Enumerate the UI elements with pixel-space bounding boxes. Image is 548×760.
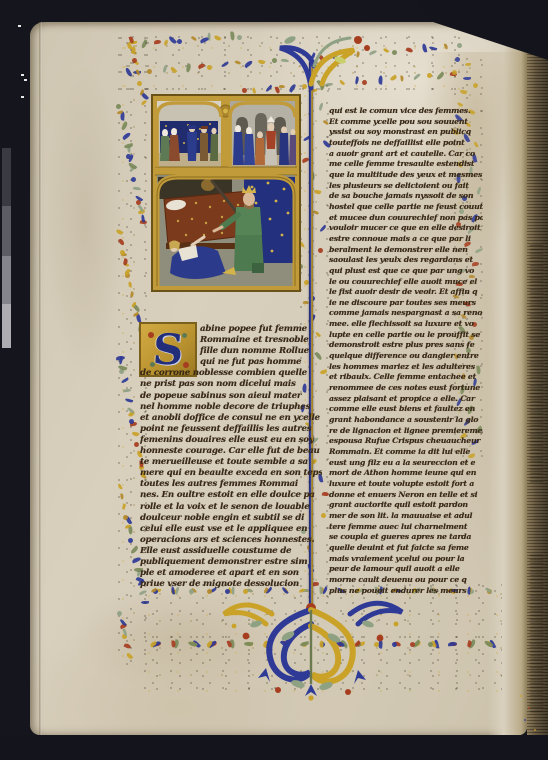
border-flower [115, 103, 121, 109]
text-line: rolle et la voix et le senon de louable [140, 502, 322, 513]
water-stain [45, 62, 125, 382]
border-leaf [463, 77, 471, 80]
text-line: comme jamais nespargnast a sa reno [329, 308, 483, 319]
text-line: touteffois ne deffaillist elle point [329, 138, 483, 149]
text-line: me celle femme tresaulte estendist [329, 159, 483, 170]
showthrough-text [530, 552, 543, 712]
border-leaf [128, 281, 132, 287]
registration-tick [24, 79, 27, 81]
border-flower [116, 610, 123, 617]
text-line: lupte en celle partie ou le prouffit se [329, 330, 483, 341]
border-flower [127, 537, 133, 543]
text-line: de corrone noblesse combien quelle [140, 368, 322, 379]
miniature-art [152, 95, 300, 291]
text-line: te merueilleuse et toute semble a sa [140, 457, 322, 468]
text-line: que la multitude des yeux et mesmes [329, 170, 483, 181]
border-leaf [141, 214, 145, 222]
border-leaf [235, 60, 242, 65]
border-leaf [318, 102, 324, 111]
text-line: fille dun nomme Rollue [140, 346, 322, 357]
text-line: quelle deuint et fut faicte sa feme [329, 543, 483, 554]
text-line: luxure et toute volupte estoit fort a [329, 479, 483, 490]
text-line: les plusieurs se delictoient ou fait [329, 181, 483, 192]
border-leaf [136, 69, 141, 76]
text-line: grant habondance a soustenir la glo [329, 415, 483, 426]
border-leaf [121, 377, 129, 384]
border-flower [137, 81, 142, 86]
text-line: et ribaulx. Celle femme entachee et [329, 372, 483, 383]
text-line: yssist ou soy monstrast en publicq [329, 127, 483, 138]
border-flower [426, 72, 432, 78]
calibration-strip [2, 148, 11, 348]
border-flower [133, 441, 140, 448]
border-leaf [460, 89, 468, 95]
border-flower [317, 247, 324, 254]
border-leaf [319, 225, 327, 233]
text-line: toutes les autres femmes Rommai [140, 479, 322, 490]
text-line: publiquement demonstrer estre sim [140, 557, 322, 568]
border-leaf [131, 46, 136, 53]
text-line: femenins douaires elle eust eu en soy [140, 435, 322, 446]
bottom-flourish [210, 580, 440, 702]
border-leaf [141, 100, 148, 106]
text-column-right: qui est le comun vice des femmes.Et comm… [329, 106, 483, 606]
text-line: donne et enuers Neron en telle et si [329, 490, 483, 501]
backdrop-bottom [0, 735, 548, 760]
border-leaf [120, 493, 123, 499]
text-line: demonstroit estre plus pres sans fe [329, 340, 483, 351]
text-line: de popeue sabinus son aieul mater [140, 391, 322, 402]
registration-tick [18, 25, 21, 27]
calibration-step [2, 206, 11, 256]
border-leaf [405, 47, 413, 54]
miniature [152, 95, 300, 291]
border-leaf [258, 59, 266, 65]
text-line: eust ung filz eu a la seureccion et e [329, 458, 483, 469]
text-line: Et comme ycelle pou sou souuent [329, 117, 483, 128]
showthrough-text [530, 242, 543, 482]
text-line: quelque difference ou dangier entre [329, 351, 483, 362]
text-line: beralment le demonstrer elle nen [329, 245, 483, 256]
border-leaf [116, 356, 125, 361]
text-line: comme elle eust biens et faultez en [329, 404, 483, 415]
text-line: hostel que celle partie ne feust couute [329, 202, 483, 213]
text-line: le fist auoir desir de veoir. Et affin q [329, 287, 483, 298]
manuscript-page: S abine popee fut femmeRommaine et tresn… [30, 22, 527, 735]
border-leaf [126, 652, 134, 660]
text-line: mee. elle flechissoit sa luxure et vo [329, 319, 483, 330]
border-flower [472, 82, 478, 88]
border-leaf [162, 64, 168, 73]
border-leaf [115, 228, 123, 235]
gutter-crease [39, 22, 42, 735]
text-line: operacions ars et sciences honnestes. [140, 535, 322, 546]
text-line: re de lignacion et lignee premieremet [329, 426, 483, 437]
text-line: point ne feussent deffaillis les autres [140, 424, 322, 435]
text-line: qui ne fut pas homme [140, 357, 322, 368]
text-line: Elle eust assiduelle coustume de [140, 546, 322, 557]
border-flower [452, 70, 457, 75]
text-column-left: abine popee fut femmeRommaine et tresnob… [140, 324, 322, 596]
text-line: Rommaine et tresnoble [140, 335, 322, 346]
text-line: Rommain. Et comme ia dit lui elle [329, 447, 483, 458]
bar-top-foliage [270, 26, 380, 92]
border-leaf [132, 431, 140, 437]
border-leaf [121, 503, 126, 510]
border-leaf [121, 121, 129, 131]
text-line: mere qui en beaulte exceda en son teps [140, 468, 322, 479]
border-leaf [154, 40, 161, 45]
text-line: et mucee dun couurechief non pas po [329, 213, 483, 224]
text-line: abine popee fut femme [140, 324, 322, 335]
text-line: tere femme auec lui charnelment [329, 522, 483, 533]
text-line: ie ne discoure par toutes ses meurs [329, 298, 483, 309]
border-leaf [389, 74, 397, 81]
border-leaf [197, 63, 205, 69]
text-line: mais vraiement ycelui ou pour la [329, 554, 483, 565]
text-line: espousa Rufue Crispus cheuaucheur [329, 436, 483, 447]
border-leaf [429, 46, 438, 51]
border-leaf [313, 210, 320, 215]
border-leaf [244, 60, 254, 69]
text-line: les hommes mariez et les adulteres [329, 362, 483, 373]
calibration-step [2, 304, 11, 348]
border-flower [391, 49, 398, 56]
calibration-step [2, 148, 11, 206]
text-line: estre connoue mais a ce que par li [329, 234, 483, 245]
border-leaf [186, 63, 192, 73]
text-line: honneste courage. Car elle fut de beau [140, 446, 322, 457]
text-line: a auoir grant art et cautelle. Car co [329, 149, 483, 160]
border-leaf [422, 43, 428, 53]
border-leaf [123, 643, 131, 650]
border-leaf [444, 43, 449, 50]
border-leaf [130, 545, 139, 554]
border-leaf [213, 34, 221, 41]
photo-backdrop: S abine popee fut femmeRommaine et tresn… [0, 0, 548, 760]
border-leaf [123, 389, 131, 393]
border-leaf [163, 39, 168, 46]
border-leaf [413, 73, 421, 80]
border-flower [236, 34, 243, 41]
border-leaf [485, 587, 493, 595]
text-line: vouloir mucer ce que en elle desiroit [329, 223, 483, 234]
border-leaf [122, 132, 132, 141]
text-line: mort de Athon homme ieune qui en [329, 468, 483, 479]
border-leaf [171, 640, 175, 647]
border-leaf [117, 483, 122, 490]
border-flower [176, 38, 182, 44]
border-leaf [314, 189, 322, 195]
calibration-step [2, 256, 11, 304]
border-flower [130, 176, 136, 182]
text-line: celui elle eust vse et le appliquee en [140, 524, 322, 535]
border-leaf [221, 61, 229, 68]
border-leaf [170, 66, 178, 74]
text-line: grant auctorite quil estoit pardon [329, 500, 483, 511]
text-line: le ou couurechief elle auoit muce el [329, 277, 483, 288]
border-leaf [465, 63, 471, 66]
text-line: ple et amoderee et apart et en son [140, 568, 322, 579]
border-leaf [133, 186, 141, 190]
border-leaf [299, 241, 304, 248]
text-line: peur de lamour quil auoit a elle [329, 564, 483, 575]
border-leaf [383, 48, 390, 54]
border-leaf [168, 35, 177, 44]
border-flower [207, 65, 212, 70]
text-line: saoulast les yeulx des regardans et [329, 255, 483, 266]
border-leaf [436, 71, 445, 80]
text-line: assez plaisant et propice a elle. Car [329, 394, 483, 405]
fore-edge-decoration [517, 690, 548, 738]
border-leaf [200, 37, 210, 44]
text-line: doulceur noble engin et subtil se di [140, 513, 322, 524]
text-line: renommee de ces notes eust fortune [329, 383, 483, 394]
text-line: ne prist pas son nom dicelui mais [140, 379, 322, 390]
registration-tick [21, 96, 24, 98]
border-leaf [252, 87, 256, 93]
border-flower [454, 56, 460, 62]
border-leaf [118, 238, 125, 246]
text-line: se coupla et gueres apres ne tarda [329, 532, 483, 543]
text-line: mer de son lit. la mauuaise et adul [329, 511, 483, 522]
border-flower [241, 87, 248, 94]
text-line: qui est le comun vice des femmes. [329, 106, 483, 117]
border-leaf [130, 291, 134, 298]
text-line: nes. En oultre estoit en elle doulce pa [140, 490, 322, 501]
text-line: nel homme noble decore de triuphes [140, 402, 322, 413]
registration-tick [21, 74, 24, 76]
border-flower [456, 42, 463, 49]
border-leaf [400, 75, 403, 81]
text-line: de sa bouche jamais nyssoit de son [329, 191, 483, 202]
border-leaf [125, 398, 134, 403]
text-line: et anobli doffice de consul ne en ycelle [140, 413, 322, 424]
book-fore-edge [527, 42, 548, 754]
border-leaf [230, 31, 234, 40]
border-leaf [191, 35, 198, 41]
text-line: qui plust est que ce que par ung vo [329, 266, 483, 277]
